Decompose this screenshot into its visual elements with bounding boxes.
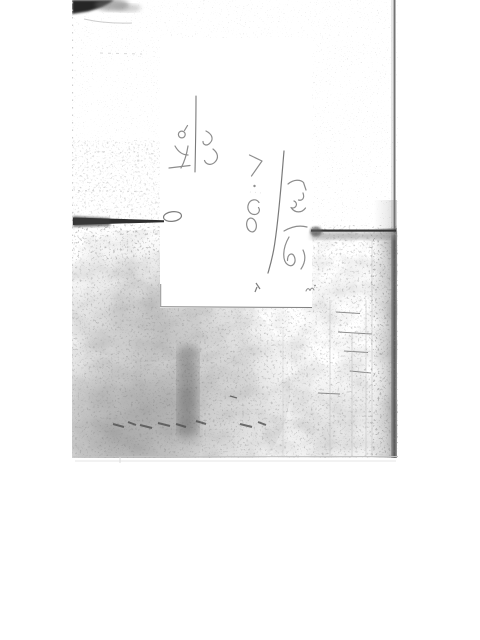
scan-image: Photocopied page with handwritten gradin… <box>0 0 480 640</box>
right-band-dark-edge <box>392 235 397 458</box>
scanned-page: Photocopied page with handwritten gradin… <box>0 0 480 640</box>
pasted-note-bottom-edge <box>160 307 312 308</box>
pasted-note <box>160 38 312 308</box>
noise-vertical-smudge <box>178 345 198 437</box>
